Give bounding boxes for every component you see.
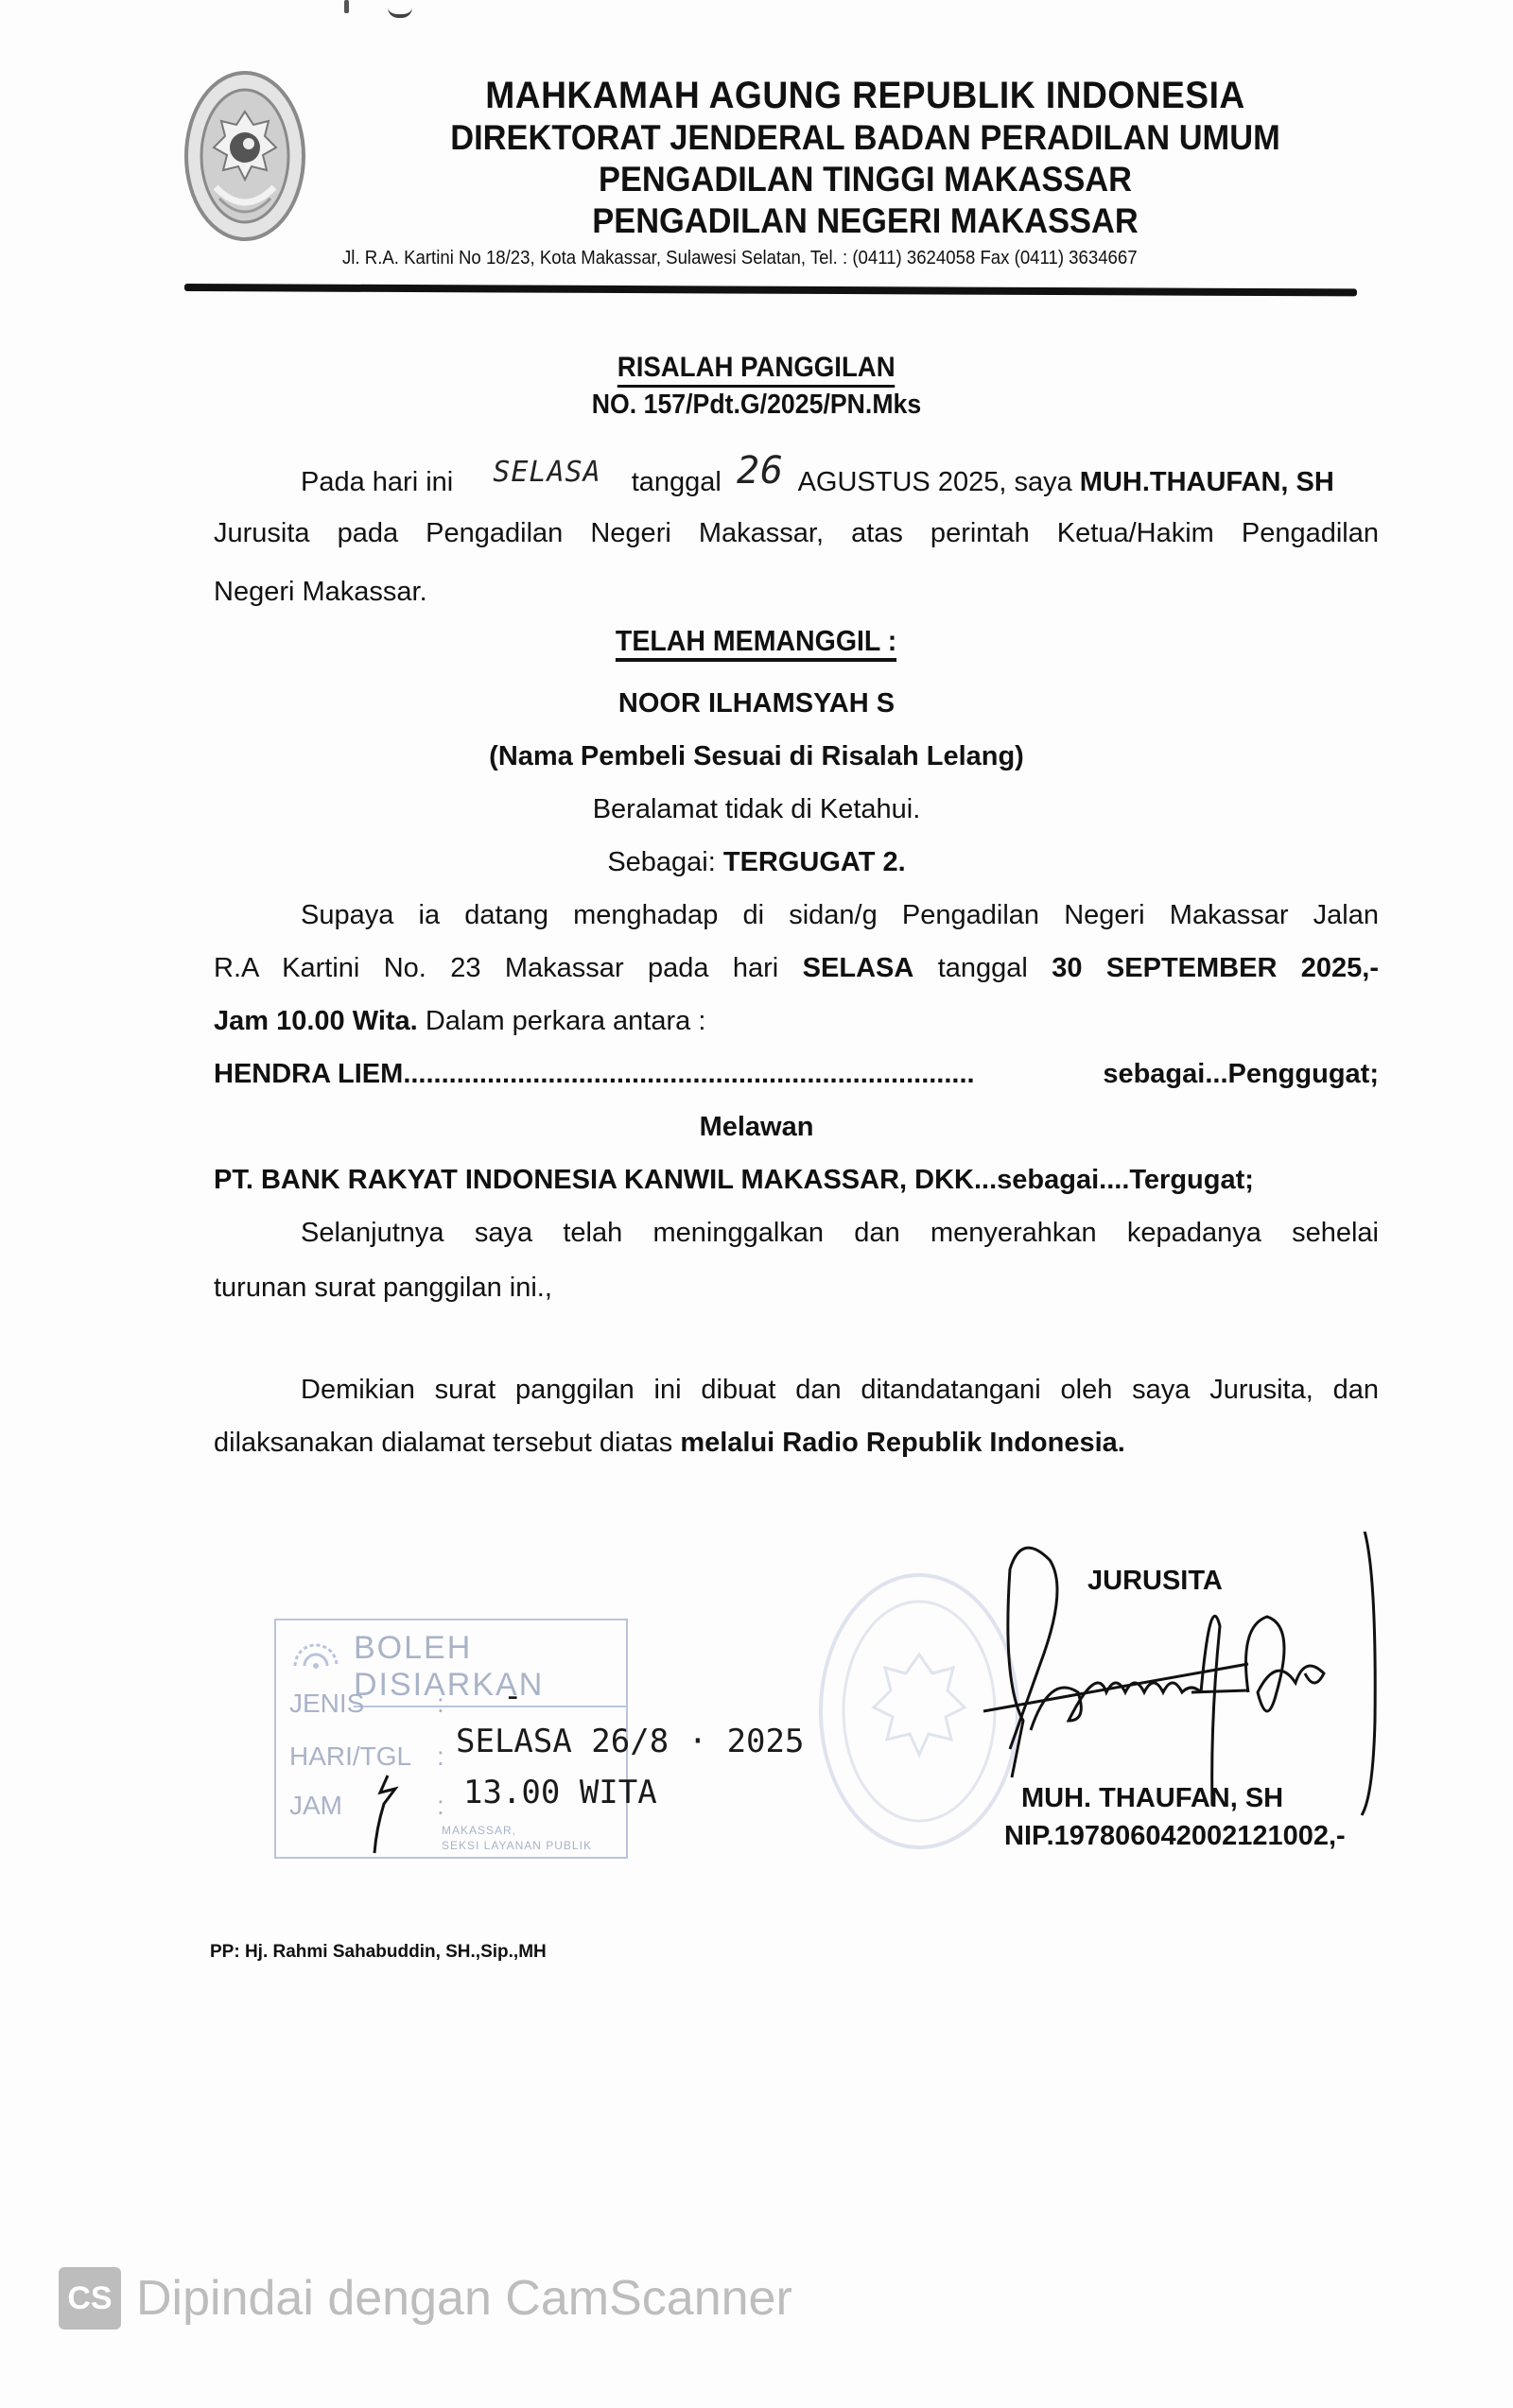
scan-artifact-mark (344, 0, 349, 13)
court-clerk-pp: PP: Hj. Rahmi Sahabuddin, SH.,Sip.,MH (210, 1942, 547, 1963)
camscanner-logo-icon: CS (59, 2267, 121, 2330)
letterhead-line-2: DIREKTORAT JENDERAL BADAN PERADILAN UMUM (377, 117, 1353, 159)
stamp-colon: : (437, 1741, 444, 1772)
letterhead-line-1: MAHKAMAH AGUNG REPUBLIK INDONESIA (377, 74, 1353, 117)
versus-label: Melawan (0, 1110, 1513, 1144)
delivery-line-1: Selanjutnya saya telah meninggalkan dan … (301, 1216, 1379, 1250)
document-number: NO. 157/Pdt.G/2025/PN.Mks (61, 390, 1452, 421)
summoned-address: Beralamat tidak di Ketahui. (0, 792, 1513, 826)
closing-line-2: dilaksanakan dialamat tersebut diatas me… (214, 1426, 1379, 1460)
stamp-colon: : (437, 1689, 444, 1719)
camscanner-text: Dipindai dengan CamScanner (136, 2270, 792, 2327)
document-title: RISALAH PANGGILAN (0, 352, 1513, 388)
initials-mark (371, 1772, 409, 1857)
broadcast-approval-stamp: BOLEH DISIARKAN JENIS : HARI/TGL : JAM :… (274, 1619, 628, 1859)
opening-line-1: Pada hari ini SELASA tanggal 26 AGUSTUS … (301, 461, 1379, 499)
officer-name: MUH.THAUFAN, SH (1080, 467, 1334, 497)
summoned-note: (Nama Pembeli Sesuai di Risalah Lelang) (0, 739, 1513, 773)
opening-pre-date: tanggal (632, 467, 722, 497)
delivery-line-2: turunan surat panggilan ini., (214, 1271, 1379, 1305)
stamp-time-value: 13.00 WITA (463, 1774, 657, 1811)
opening-line-3: Negeri Makassar. (214, 575, 1379, 609)
stamp-label-jam: JAM (289, 1791, 342, 1821)
radio-waves-icon (286, 1632, 348, 1673)
opening-month-year: AGUSTUS 2025, saya (798, 467, 1072, 497)
opening-pre-day: Pada hari ini (301, 467, 453, 497)
appear-line-1: Supaya ia datang menghadap di sidan/g Pe… (301, 898, 1379, 932)
scan-artifact-mark (388, 8, 412, 18)
stamp-footer: MAKASSAR, SEKSI LAYANAN PUBLIK (442, 1823, 592, 1853)
stamp-title: BOLEH DISIARKAN (354, 1630, 626, 1707)
summoned-name: NOOR ILHAMSYAH S (0, 686, 1513, 720)
summons-heading: TELAH MEMANGGIL : (0, 624, 1513, 662)
summoned-role: Sebagai: TERGUGAT 2. (0, 845, 1513, 879)
stamp-jenis-value: - (503, 1677, 522, 1715)
appear-line-3: Jam 10.00 Wita. Dalam perkara antara : (214, 1004, 1379, 1038)
handwritten-day: SELASA (493, 456, 600, 489)
plaintiff-line: HENDRA LIEM ............................… (214, 1057, 1379, 1091)
opening-line-2: Jurusita pada Pengadilan Negeri Makassar… (214, 516, 1379, 550)
stamp-label-hari-tgl: HARI/TGL (289, 1741, 411, 1772)
letterhead: MAHKAMAH AGUNG REPUBLIK INDONESIA DIREKT… (340, 74, 1390, 242)
stamp-label-jenis: JENIS (289, 1689, 364, 1719)
appear-line-2: R.A Kartini No. 23 Makassar pada hari SE… (214, 951, 1379, 985)
defendant-line: PT. BANK RAKYAT INDONESIA KANWIL MAKASSA… (214, 1163, 1379, 1197)
letterhead-line-3: PENGADILAN TINGGI MAKASSAR (377, 159, 1353, 200)
letterhead-address: Jl. R.A. Kartini No 18/23, Kota Makassar… (342, 248, 1310, 269)
closing-line-1: Demikian surat panggilan ini dibuat dan … (301, 1373, 1379, 1407)
handwritten-date: 26 (737, 449, 784, 493)
court-emblem-logo (182, 66, 309, 246)
letterhead-divider (184, 284, 1357, 296)
plaintiff-name: HENDRA LIEM (214, 1057, 403, 1091)
camscanner-watermark: CS Dipindai dengan CamScanner (59, 2267, 792, 2330)
plaintiff-role: sebagai...Penggugat; (1103, 1057, 1379, 1091)
stamp-colon: : (437, 1791, 444, 1821)
signatory-nip: NIP.197806042002121002,- (1004, 1821, 1346, 1852)
letterhead-line-4: PENGADILAN NEGERI MAKASSAR (377, 200, 1353, 242)
signatory-name: MUH. THAUFAN, SH (1021, 1783, 1283, 1814)
stamp-date-value: SELASA 26/8 · 2025 (456, 1723, 804, 1760)
